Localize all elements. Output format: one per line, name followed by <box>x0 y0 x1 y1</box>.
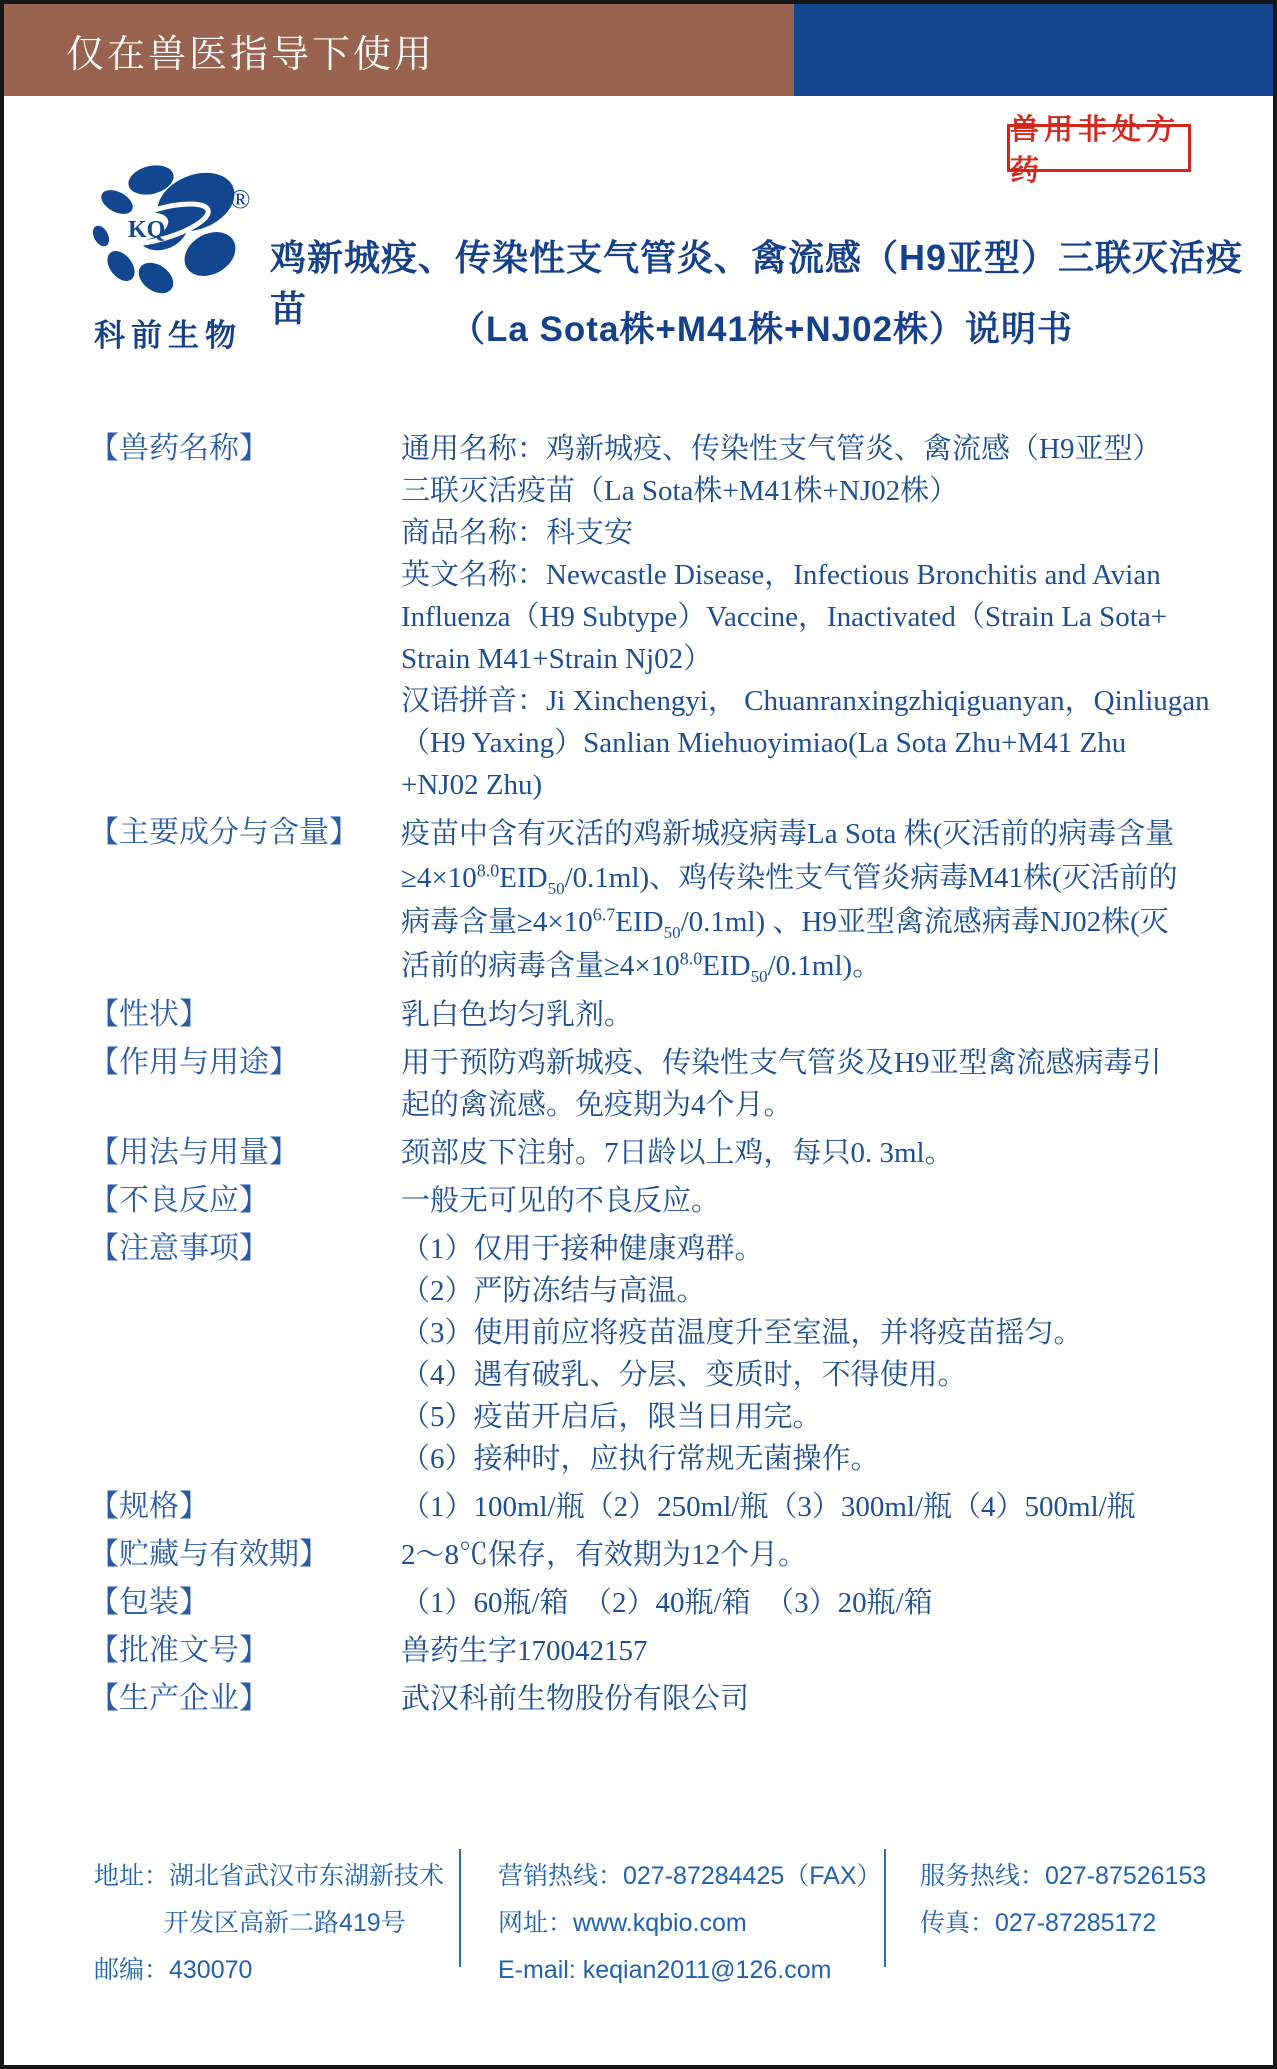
sections-list: 【兽药名称】 通用名称：鸡新城疫、传染性支气管炎、禽流感（H9亚型）三联灭活疫苗… <box>89 428 1199 1726</box>
section-label: 【注意事项】 <box>89 1228 401 1480</box>
text-line: 开发区高新二路419号 <box>94 1900 444 1947</box>
text-line: 商品名称：科支安 <box>401 512 1210 554</box>
otc-badge-text: 兽用非处方药 <box>1010 107 1188 189</box>
text-line: 病毒含量≥4×106.7EID50/0.1ml) 、H9亚型禽流感病毒NJ02株… <box>401 900 1199 944</box>
text-line: （4）遇有破乳、分层、变质时，不得使用。 <box>401 1354 1199 1396</box>
text-line: （H9 Yaxing）Sanlian Miehuoyimiao(La Sota … <box>401 722 1210 764</box>
text-line: E-mail: keqian2011@126.com <box>498 1947 882 1994</box>
text-line: 英文名称：Newcastle Disease，Infectious Bronch… <box>401 554 1210 596</box>
section-label: 【性状】 <box>89 994 401 1036</box>
text-line: 用于预防鸡新城疫、传染性支气管炎及H9亚型禽流感病毒引 <box>401 1042 1199 1084</box>
section-row: 【贮藏与有效期】 2～8℃保存，有效期为12个月。 <box>89 1534 1199 1576</box>
footer-service-column: 服务热线：027-87526153传真：027-87285172 <box>920 1853 1206 1947</box>
section-content: 乳白色均匀乳剂。 <box>401 994 1199 1036</box>
text-line: 活前的病毒含量≥4×108.0EID50/0.1ml)。 <box>401 944 1199 988</box>
kq-monogram: KQ <box>128 217 165 243</box>
footer-divider-1 <box>459 1849 461 1967</box>
section-row: 【不良反应】 一般无可见的不良反应。 <box>89 1180 1199 1222</box>
section-content: （1）60瓶/箱 （2）40瓶/箱 （3）20瓶/箱 <box>401 1582 1199 1624</box>
text-line: 起的禽流感。免疫期为4个月。 <box>401 1084 1199 1126</box>
text-line: 邮编：430070 <box>94 1947 444 1994</box>
footer-sales-column: 营销热线：027-87284425（FAX）网址：www.kqbio.comE-… <box>498 1853 882 1994</box>
section-row: 【用法与用量】 颈部皮下注射。7日龄以上鸡，每只0. 3ml。 <box>89 1132 1199 1174</box>
section-label: 【包装】 <box>89 1582 401 1624</box>
text-line: Strain M41+Strain Nj02） <box>401 638 1210 680</box>
text-line: 疫苗中含有灭活的鸡新城疫病毒La Sota 株(灭活前的病毒含量 <box>401 812 1199 856</box>
text-line: （1）60瓶/箱 （2）40瓶/箱 （3）20瓶/箱 <box>401 1582 1199 1624</box>
text-line: 2～8℃保存，有效期为12个月。 <box>401 1534 1199 1576</box>
section-row: 【批准文号】 兽药生字170042157 <box>89 1630 1199 1672</box>
usage-warning-text: 仅在兽医指导下使用 <box>66 23 435 78</box>
section-label: 【作用与用途】 <box>89 1042 401 1126</box>
text-line: Influenza（H9 Subtype）Vaccine，Inactivated… <box>401 596 1210 638</box>
text-line: 汉语拼音：Ji Xinchengyi， Chuanranxingzhiqigua… <box>401 680 1210 722</box>
section-content: 一般无可见的不良反应。 <box>401 1180 1199 1222</box>
text-line: 武汉科前生物股份有限公司 <box>401 1678 1199 1720</box>
text-line: （2）严防冻结与高温。 <box>401 1270 1199 1312</box>
usage-warning-banner: 仅在兽医指导下使用 <box>4 4 794 96</box>
section-row: 【兽药名称】 通用名称：鸡新城疫、传染性支气管炎、禽流感（H9亚型）三联灭活疫苗… <box>89 428 1199 806</box>
registered-trademark-icon: ® <box>230 184 251 215</box>
section-label: 【规格】 <box>89 1486 401 1528</box>
section-content: （1）仅用于接种健康鸡群。（2）严防冻结与高温。（3）使用前应将疫苗温度升至室温… <box>401 1228 1199 1480</box>
section-content: 用于预防鸡新城疫、传染性支气管炎及H9亚型禽流感病毒引起的禽流感。免疫期为4个月… <box>401 1042 1199 1126</box>
section-row: 【主要成分与含量】 疫苗中含有灭活的鸡新城疫病毒La Sota 株(灭活前的病毒… <box>89 812 1199 988</box>
text-line: 网址：www.kqbio.com <box>498 1900 882 1947</box>
footer-divider-2 <box>884 1849 886 1967</box>
section-content: 2～8℃保存，有效期为12个月。 <box>401 1534 1199 1576</box>
otc-badge: 兽用非处方药 <box>1007 124 1191 172</box>
section-label: 【主要成分与含量】 <box>89 812 401 988</box>
section-label: 【用法与用量】 <box>89 1132 401 1174</box>
text-line: 地址：湖北省武汉市东湖新技术 <box>94 1853 444 1900</box>
text-line: （5）疫苗开启后，限当日用完。 <box>401 1396 1199 1438</box>
section-row: 【包装】 （1）60瓶/箱 （2）40瓶/箱 （3）20瓶/箱 <box>89 1582 1199 1624</box>
footer-address-column: 地址：湖北省武汉市东湖新技术开发区高新二路419号邮编：430070 <box>94 1853 444 1994</box>
instruction-sheet-page: 仅在兽医指导下使用 兽用非处方药 KQ ® 科前生物 鸡新城疫、传染性 <box>0 0 1277 2069</box>
section-label: 【贮藏与有效期】 <box>89 1534 401 1576</box>
section-content: 疫苗中含有灭活的鸡新城疫病毒La Sota 株(灭活前的病毒含量≥4×108.0… <box>401 812 1199 988</box>
brand-name: 科前生物 <box>94 310 242 355</box>
section-row: 【生产企业】 武汉科前生物股份有限公司 <box>89 1678 1199 1720</box>
text-line: （6）接种时，应执行常规无菌操作。 <box>401 1438 1199 1480</box>
text-line: 传真：027-87285172 <box>920 1900 1206 1947</box>
text-line: 颈部皮下注射。7日龄以上鸡，每只0. 3ml。 <box>401 1132 1199 1174</box>
section-row: 【规格】 （1）100ml/瓶（2）250ml/瓶（3）300ml/瓶（4）50… <box>89 1486 1199 1528</box>
section-label: 【不良反应】 <box>89 1180 401 1222</box>
text-line: 营销热线：027-87284425（FAX） <box>498 1853 882 1900</box>
section-content: 通用名称：鸡新城疫、传染性支气管炎、禽流感（H9亚型）三联灭活疫苗（La Sot… <box>401 428 1210 806</box>
section-row: 【注意事项】 （1）仅用于接种健康鸡群。（2）严防冻结与高温。（3）使用前应将疫… <box>89 1228 1199 1480</box>
section-label: 【兽药名称】 <box>89 428 401 806</box>
section-content: 兽药生字170042157 <box>401 1630 1199 1672</box>
text-line: 三联灭活疫苗（La Sota株+M41株+NJ02株） <box>401 470 1210 512</box>
section-content: （1）100ml/瓶（2）250ml/瓶（3）300ml/瓶（4）500ml/瓶 <box>401 1486 1199 1528</box>
section-row: 【作用与用途】 用于预防鸡新城疫、传染性支气管炎及H9亚型禽流感病毒引起的禽流感… <box>89 1042 1199 1126</box>
text-line: （1）仅用于接种健康鸡群。 <box>401 1228 1199 1270</box>
product-title-line2: （La Sota株+M41株+NJ02株）说明书 <box>450 302 1073 352</box>
text-line: +NJ02 Zhu) <box>401 764 1210 806</box>
top-banner: 仅在兽医指导下使用 <box>4 4 1273 96</box>
text-line: 一般无可见的不良反应。 <box>401 1180 1199 1222</box>
section-content: 颈部皮下注射。7日龄以上鸡，每只0. 3ml。 <box>401 1132 1199 1174</box>
text-line: （1）100ml/瓶（2）250ml/瓶（3）300ml/瓶（4）500ml/瓶 <box>401 1486 1199 1528</box>
kq-logo-icon: KQ <box>88 150 248 310</box>
text-line: 通用名称：鸡新城疫、传染性支气管炎、禽流感（H9亚型） <box>401 428 1210 470</box>
text-line: 服务热线：027-87526153 <box>920 1853 1206 1900</box>
text-line: ≥4×108.0EID50/0.1ml)、鸡传染性支气管炎病毒M41株(灭活前的 <box>401 856 1199 900</box>
text-line: 乳白色均匀乳剂。 <box>401 994 1199 1036</box>
section-content: 武汉科前生物股份有限公司 <box>401 1678 1199 1720</box>
section-label: 【批准文号】 <box>89 1630 401 1672</box>
text-line: （3）使用前应将疫苗温度升至室温，并将疫苗摇匀。 <box>401 1312 1199 1354</box>
top-banner-blue-bar <box>794 4 1273 96</box>
section-row: 【性状】 乳白色均匀乳剂。 <box>89 994 1199 1036</box>
text-line: 兽药生字170042157 <box>401 1630 1199 1672</box>
section-label: 【生产企业】 <box>89 1678 401 1720</box>
